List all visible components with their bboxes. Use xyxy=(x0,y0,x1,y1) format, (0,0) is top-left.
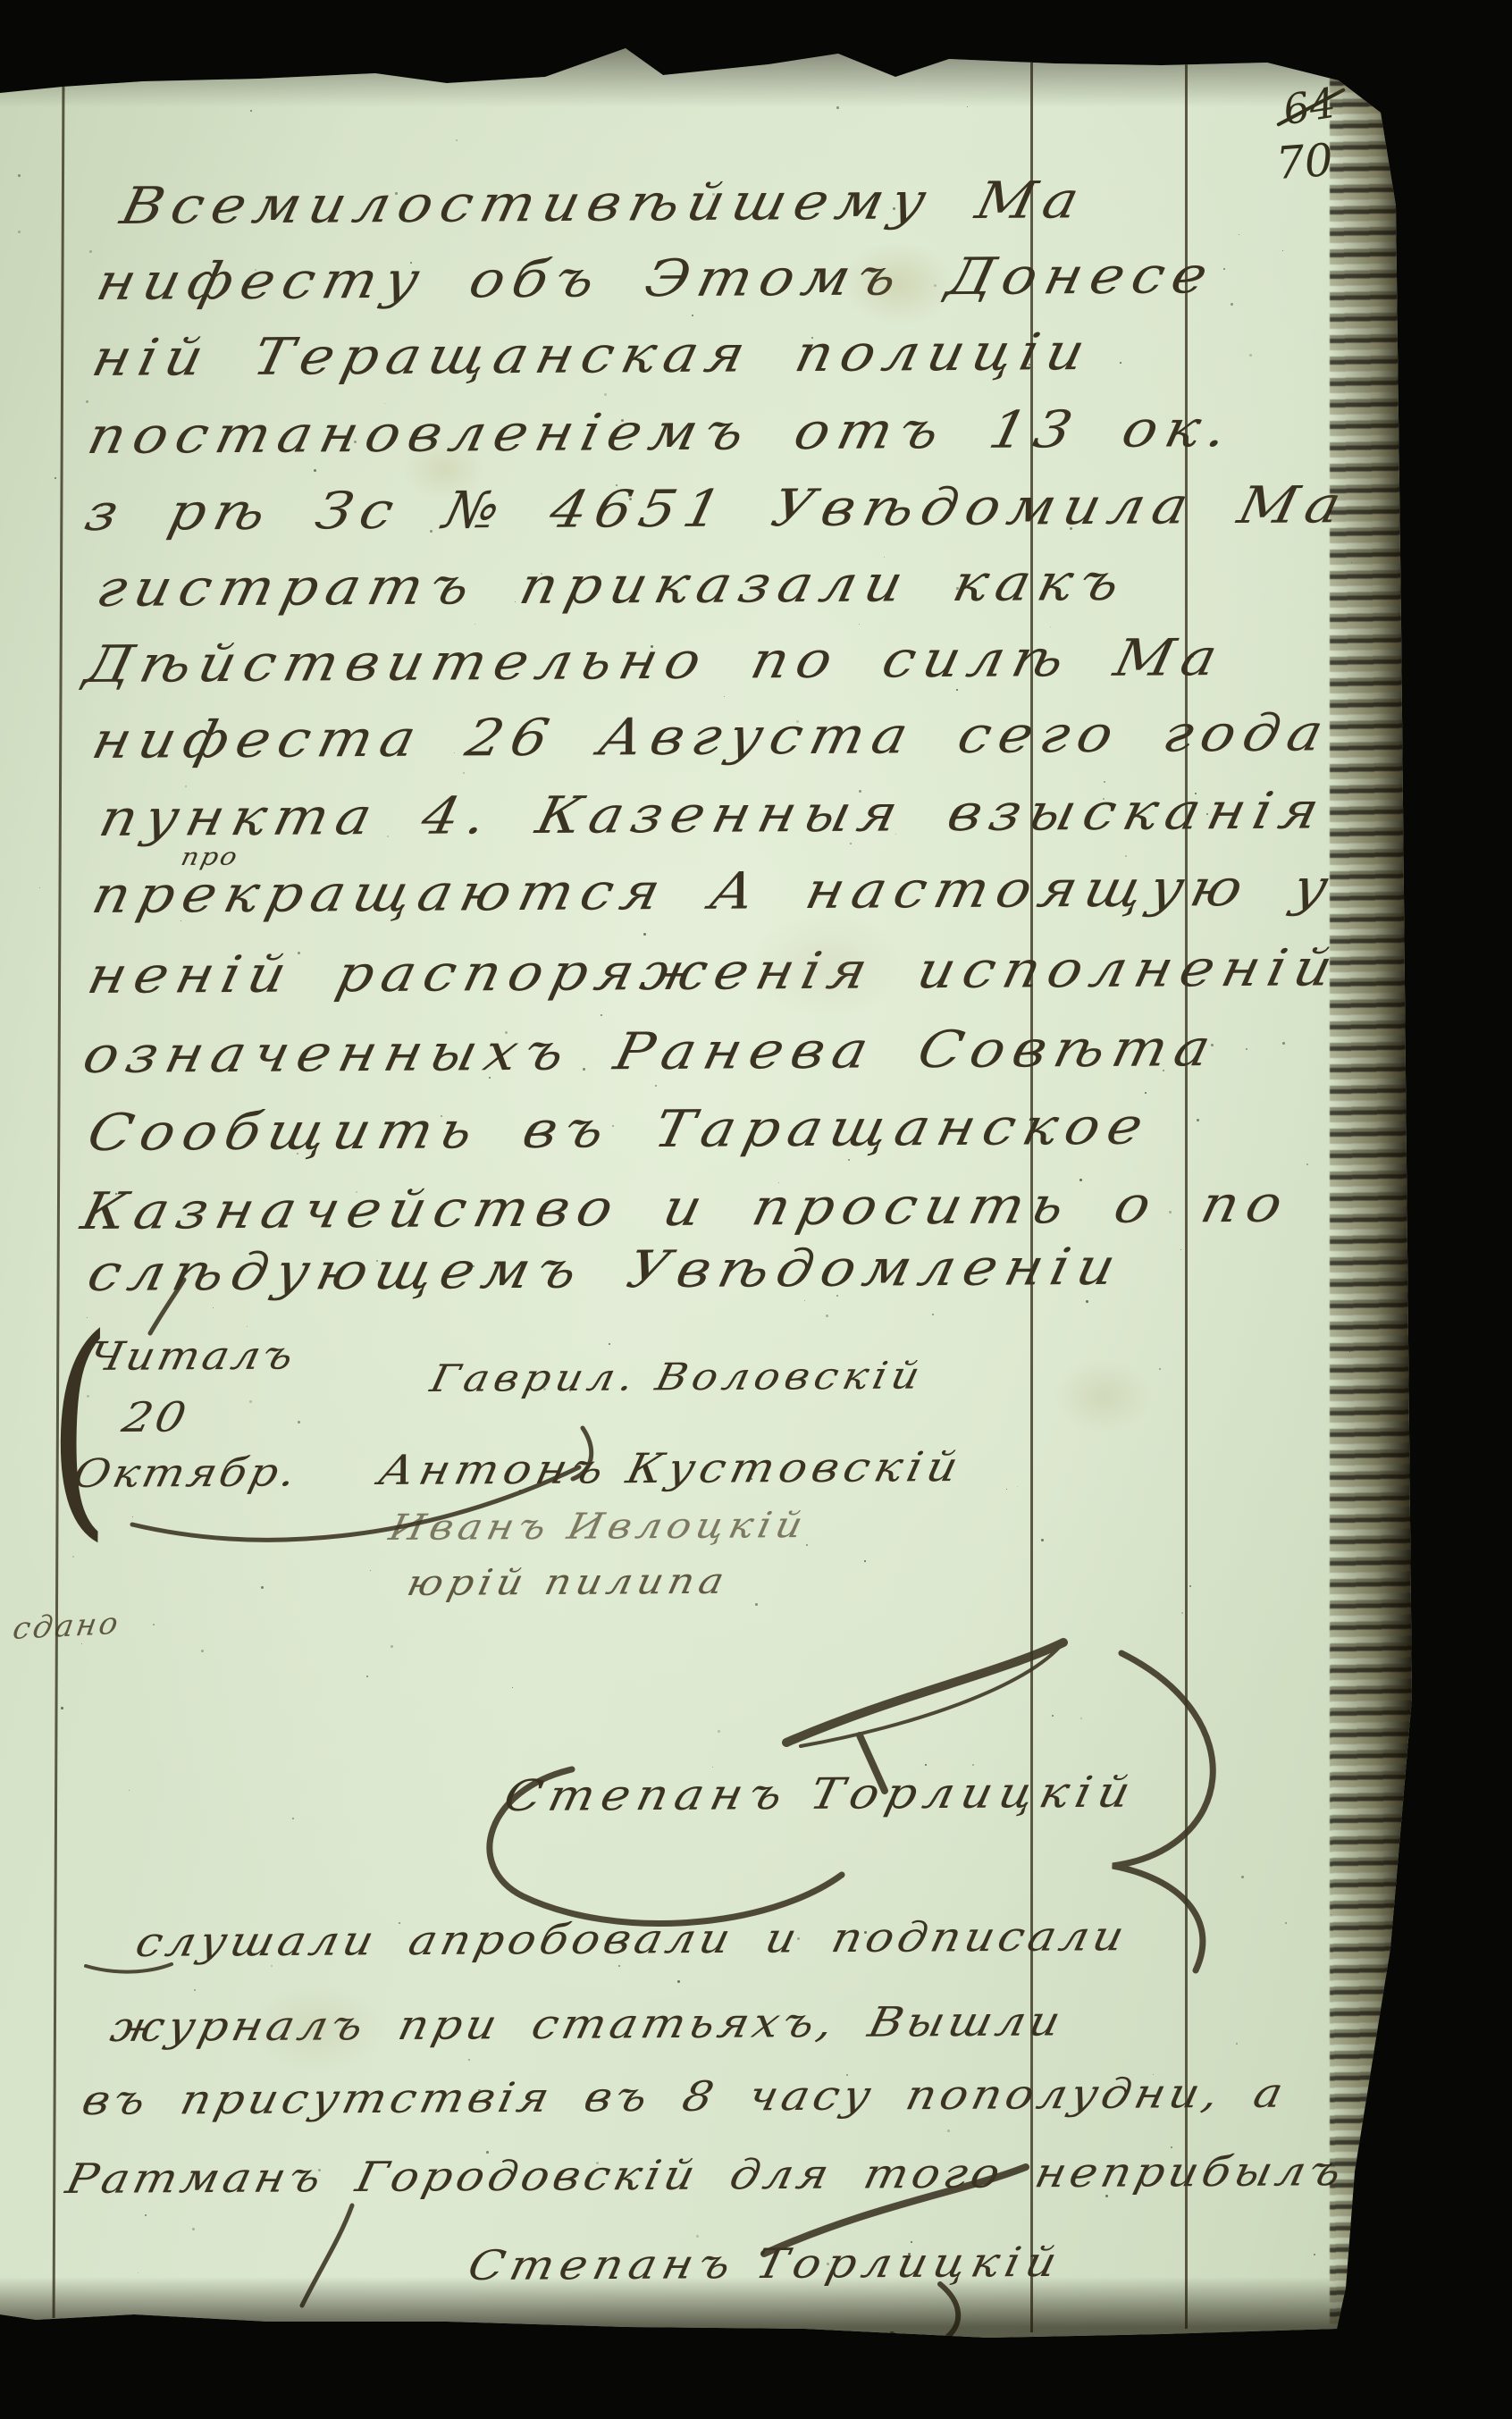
folio-number-current: 70 xyxy=(1274,134,1335,189)
margin-note-read: Читалъ xyxy=(85,1337,299,1377)
signature-official-1: Гаврил. Воловскій xyxy=(427,1357,928,1398)
body-line: неній распоряженія исполненій xyxy=(83,943,1345,1002)
left-margin-rule xyxy=(53,86,65,2318)
signature-official-3: Иванъ Ивлоцкій xyxy=(386,1508,811,1546)
margin-brace: ( xyxy=(30,1289,126,1566)
body-line: прекращаются А настоящую у xyxy=(88,862,1340,921)
body-line: Сообщить въ Таращанское xyxy=(83,1102,1155,1159)
closing-line: слушали апробовали и подписали xyxy=(132,1915,1131,1962)
body-line: ній Теращанская полиціи xyxy=(88,327,1097,384)
interline-correction: про xyxy=(179,845,241,869)
body-line: Дѣйствительно по силѣ Ма xyxy=(80,633,1230,691)
body-line: з рѣ Зс № 4651 Увѣдомила Ма xyxy=(80,480,1353,539)
closing-line: Ратманъ Городовскій для того неприбылъ xyxy=(63,2150,1349,2199)
signature-official-4: юрій пилипа xyxy=(404,1564,732,1601)
body-line: пункта 4. Казенныя взысканія xyxy=(95,785,1331,844)
closing-line: журналъ при статьяхъ, Вышли xyxy=(107,2000,1068,2047)
paper-edge-top xyxy=(0,36,1412,107)
body-line: означенныхъ Ранева Совѣта xyxy=(79,1023,1222,1081)
body-line: постановленіемъ отъ 13 ок. xyxy=(83,404,1239,462)
paper-edge-bottom xyxy=(0,2277,1367,2339)
paper-edge-right xyxy=(1330,71,1415,2332)
foxing-stain xyxy=(1054,1358,1153,1434)
paper-sheet: 64 70 Всемилостивѣйшему Ма нифесту объ Э… xyxy=(0,0,1512,2419)
scanned-archival-page: 64 70 Всемилостивѣйшему Ма нифесту объ Э… xyxy=(0,0,1512,2419)
body-line: нифеста 26 Августа сего года xyxy=(88,708,1335,767)
body-line: нифесту объ Этомъ Донесе xyxy=(92,250,1220,308)
body-line: Всемилостивѣйшему Ма xyxy=(116,175,1091,232)
signature-secretary-mid: Степанъ Торлицкій xyxy=(500,1771,1141,1818)
signature-official-2: Антонъ Кустовскій xyxy=(375,1446,967,1491)
margin-note-day: 20 xyxy=(119,1397,193,1438)
closing-line: въ присутствія въ 8 часу пополудни, а xyxy=(79,2072,1290,2121)
body-line: слѣдующемъ Увѣдомленіи xyxy=(83,1242,1128,1299)
margin-note-month: Октябр. xyxy=(70,1453,302,1494)
body-line: Казначейство и просить о по xyxy=(77,1180,1295,1238)
margin-note-filed: сдано xyxy=(11,1608,122,1644)
body-line: гистратъ приказали какъ xyxy=(92,558,1132,615)
